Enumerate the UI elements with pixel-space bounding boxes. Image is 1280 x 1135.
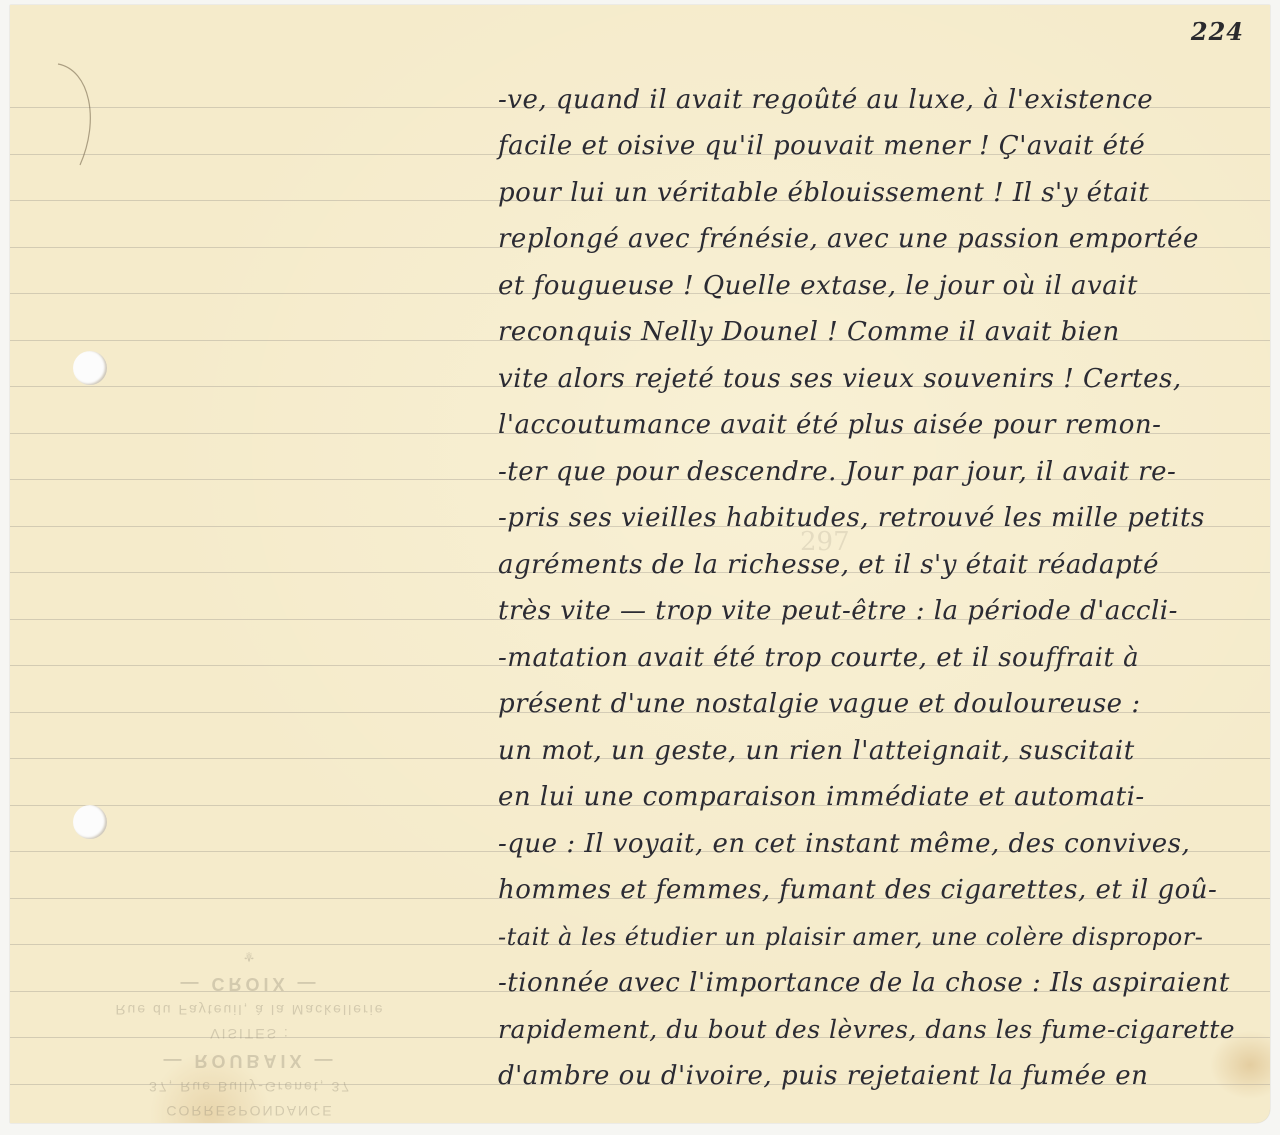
page-number: 224 [1191,17,1244,46]
text-line: -ve, quand il avait regoûté au luxe, à l… [498,85,1153,115]
letterhead-line: — CROIX — [70,973,430,994]
letterhead-show-through: CORRESPONDANCE 37, Rue Bully-Grenet, 37 … [70,940,430,1123]
punch-hole-top [73,351,107,385]
text-line: et fougueuse ! Quelle extase, le jour où… [498,271,1138,301]
text-line: reconquis Nelly Dounel ! Comme il avait … [498,317,1120,347]
letterhead-line: 37, Rue Bully-Grenet, 37 [70,1079,430,1095]
text-line: l'accoutumance avait été plus aisée pour… [498,410,1161,440]
text-line: -tionnée avec l'importance de la chose :… [498,968,1230,998]
text-line: agréments de la richesse, et il s'y étai… [498,550,1159,580]
text-line: facile et oisive qu'il pouvait mener ! Ç… [498,131,1145,161]
text-line: -tait à les étudier un plaisir amer, une… [498,922,1203,952]
letterhead-line: — ROUBAIX — [70,1050,430,1071]
text-line: très vite — trop vite peut-être : la pér… [498,596,1178,626]
text-line: hommes et femmes, fumant des cigarettes,… [498,875,1217,905]
pencil-mark-icon [50,60,110,170]
text-line: rapidement, du bout des lèvres, dans les… [498,1015,1235,1045]
text-line: pour lui un véritable éblouissement ! Il… [498,178,1149,208]
text-line: présent d'une nostalgie vague et doulour… [498,689,1141,719]
letterhead-line: VISITES : [70,1026,430,1042]
letterhead-line: CORRESPONDANCE [70,1103,430,1119]
letterhead-line: Rue du Fayteuil, à la Mackellerie [70,1002,430,1018]
text-line: en lui une comparaison immédiate et auto… [498,782,1145,812]
text-line: -pris ses vieilles habitudes, retrouvé l… [498,503,1205,533]
text-line: d'ambre ou d'ivoire, puis rejetaient la … [498,1061,1148,1091]
text-line: -matation avait été trop courte, et il s… [498,643,1139,673]
text-line: -que : Il voyait, en cet instant même, d… [498,829,1190,859]
text-line: replongé avec frénésie, avec une passion… [498,224,1199,254]
fleur-de-lis-icon: ⚜ [70,948,430,965]
manuscript-sheet: 224 297 -ve, quand il avait regoûté au l… [10,5,1270,1123]
text-line: -ter que pour descendre. Jour par jour, … [498,457,1176,487]
text-line: un mot, un geste, un rien l'atteignait, … [498,736,1135,766]
punch-hole-bottom [73,805,107,839]
scanned-page: 224 297 -ve, quand il avait regoûté au l… [0,0,1280,1135]
text-line: vite alors rejeté tous ses vieux souveni… [498,364,1182,394]
